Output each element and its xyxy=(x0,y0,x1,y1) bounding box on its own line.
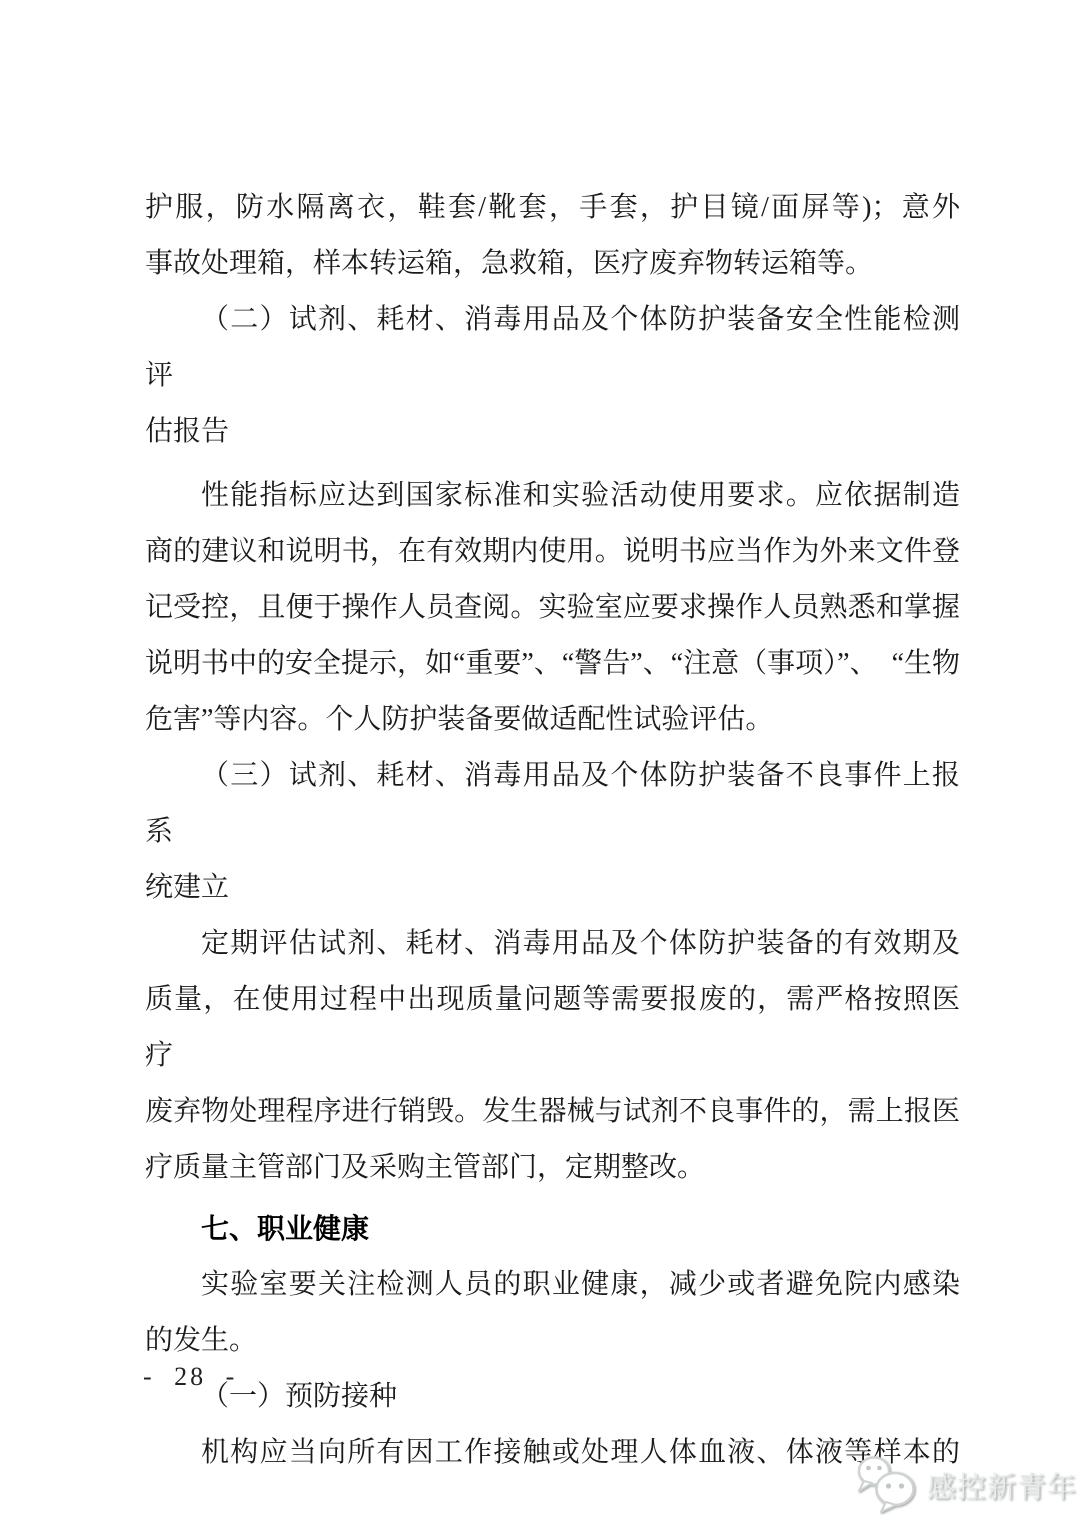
text-line: 事故处理箱，样本转运箱，急救箱，医疗废弃物转运箱等。 xyxy=(145,236,960,292)
subsection-heading-1-vaccination: （一）预防接种 xyxy=(145,1369,960,1425)
subsection-heading-2: （二）试剂、耗材、消毒用品及个体防护装备安全性能检测 评 xyxy=(145,292,960,404)
text-line: 质量，在使用过程中出现质量问题等需要报废的，需严格按照医 疗 xyxy=(145,972,960,1084)
subsection-heading-3: （三）试剂、耗材、消毒用品及个体防护装备不良事件上报 系 xyxy=(145,748,960,860)
document-body: 护服，防水隔离衣，鞋套/靴套，手套，护目镜/面屏等)；意外 事故处理箱，样本转运… xyxy=(145,180,960,1481)
text-line: 危害”等内容。个人防护装备要做适配性试验评估。 xyxy=(145,692,960,748)
document-page: 护服，防水隔离衣，鞋套/靴套，手套，护目镜/面屏等)；意外 事故处理箱，样本转运… xyxy=(0,0,1080,1527)
text-line: 护服，防水隔离衣，鞋套/靴套，手套，护目镜/面屏等)；意外 xyxy=(145,180,960,236)
text-line: 定期评估试剂、耗材、消毒用品及个体防护装备的有效期及 xyxy=(145,916,960,972)
text-line: 废弃物处理程序进行销毁。发生器械与试剂不良事件的，需上报医 xyxy=(145,1084,960,1140)
watermark-text: 感控新青年 xyxy=(927,1465,1077,1506)
text-line: 记受控，且便于操作人员查阅。实验室应要求操作人员熟悉和掌握 xyxy=(145,580,960,636)
text-line: 机构应当向所有因工作接触或处理人体血液、体液等样本的 xyxy=(145,1425,960,1481)
text-line: 实验室要关注检测人员的职业健康，减少或者避免院内感染 xyxy=(145,1257,960,1313)
text-line: 性能指标应达到国家标准和实验活动使用要求。应依据制造 xyxy=(145,468,960,524)
subsection-heading-2-cont: 估报告 xyxy=(145,404,960,460)
text-line: 疗质量主管部门及采购主管部门，定期整改。 xyxy=(145,1140,960,1196)
wechat-icon xyxy=(853,1453,921,1518)
text-line: 商的建议和说明书，在有效期内使用。说明书应当作为外来文件登 xyxy=(145,524,960,580)
text-line: 说明书中的安全提示，如“重要”、“警告”、“注意（事项）”、 “生物 xyxy=(145,636,960,692)
subsection-heading-3-cont: 统建立 xyxy=(145,860,960,916)
page-number: - 28 - xyxy=(143,1362,237,1392)
watermark: 感控新青年 xyxy=(853,1452,1068,1518)
text-line: 的发生。 xyxy=(145,1313,960,1369)
section-heading-occupational-health: 七、职业健康 xyxy=(145,1201,960,1257)
